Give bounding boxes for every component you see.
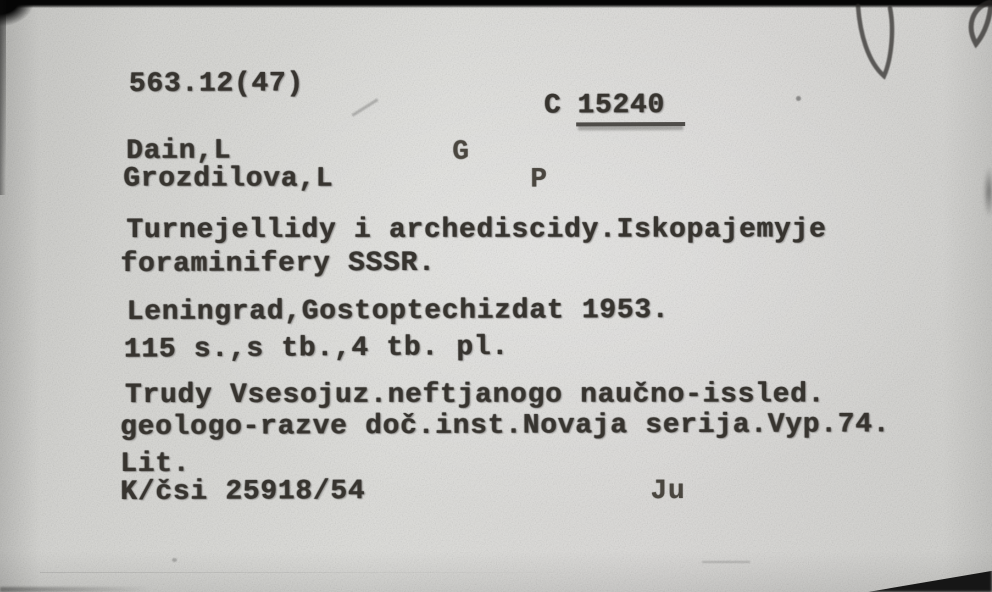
title-line-2: foraminifery SSSR. <box>121 249 436 280</box>
title-line-1: Turnejellidy i archediscidy.Iskopajemyje <box>127 215 827 246</box>
literature-note: Lit. <box>120 450 190 480</box>
author-1-surname: Dain,L <box>126 137 231 167</box>
collation-line: 115 s.,s tb.,4 tb. pl. <box>124 333 509 366</box>
series-line-2: geologo-razve doč.inst.Novaja serija.Vyp… <box>120 410 890 443</box>
author-2-surname: Grozdilova,L <box>123 165 333 195</box>
accession-number-underlined: 15240 <box>576 91 686 126</box>
series-line-1: Trudy Vsesojuz.neftjanogo naučno-issled. <box>125 380 825 411</box>
order-number: K/čsi 25918/54 <box>120 477 365 508</box>
author-1-second-initial: G <box>452 138 470 168</box>
shelf-mark-prefix: C <box>544 90 562 121</box>
cataloguer-mark: Ju <box>650 477 685 507</box>
scanned-catalog-card-photo: 563.12(47) C15240 Dain,L G Grozdilova,L … <box>0 0 992 592</box>
typed-text-block: 563.12(47) C15240 Dain,L G Grozdilova,L … <box>0 0 992 592</box>
author-2-second-initial: P <box>530 166 548 196</box>
shelf-mark: C15240 <box>544 91 685 126</box>
imprint-line: Leningrad,Gostoptechizdat 1953. <box>127 296 670 328</box>
udc-call-number: 563.12(47) <box>129 69 304 100</box>
